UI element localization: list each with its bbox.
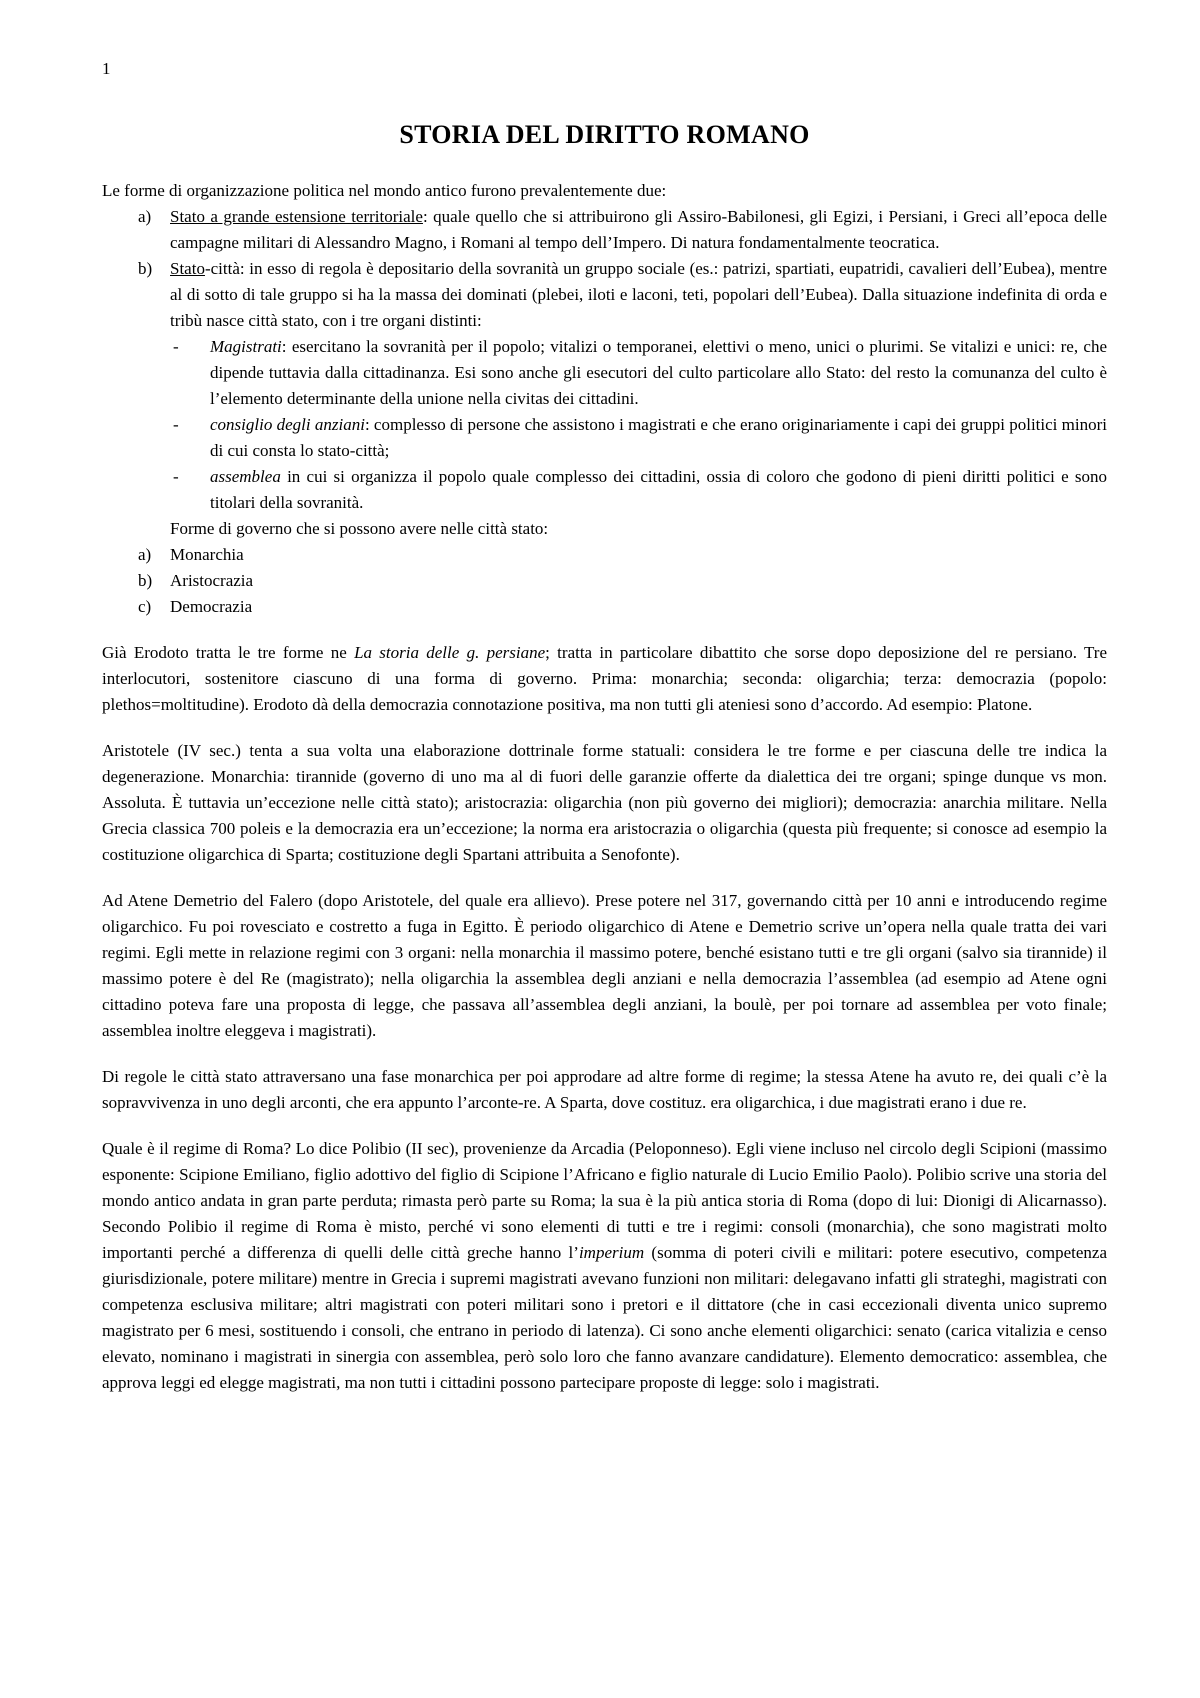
sub-list-item-consiglio: -consiglio degli anziani: complesso di p…: [102, 412, 1107, 464]
list-item-aristocrazia: b)Aristocrazia: [102, 568, 1107, 594]
form-label-aristocrazia: Aristocrazia: [170, 571, 253, 590]
sub-list-item-text: in cui si organizza il popolo quale comp…: [210, 467, 1107, 512]
intro-paragraph: Le forme di organizzazione politica nel …: [102, 178, 1107, 204]
italic-book-title: La storia delle g. persiane: [354, 643, 545, 662]
italic-term-consiglio: consiglio degli anziani: [210, 415, 365, 434]
page-title: STORIA DEL DIRITTO ROMANO: [102, 118, 1107, 152]
list-item-text: -città: in esso di regola è depositario …: [170, 259, 1107, 330]
list-marker-c: c): [138, 594, 151, 620]
dash-marker: -: [173, 464, 179, 490]
dash-marker: -: [173, 334, 179, 360]
form-label-monarchia: Monarchia: [170, 545, 244, 564]
paragraph-demetrio: Ad Atene Demetrio del Falero (dopo Arist…: [102, 888, 1107, 1044]
sub-list-item-assemblea: -assemblea in cui si organizza il popolo…: [102, 464, 1107, 516]
list-item-territorial-state: a)Stato a grande estensione territoriale…: [102, 204, 1107, 256]
list-marker-a: a): [138, 204, 151, 230]
paragraph-text: (somma di poteri civili e militari: pote…: [102, 1243, 1107, 1392]
list-marker-a: a): [138, 542, 151, 568]
italic-term-magistrati: Magistrati: [210, 337, 282, 356]
sub-list-item-text: : esercitano la sovranità per il popolo;…: [210, 337, 1107, 408]
underlined-term-territorial-state: Stato a grande estensione territoriale: [170, 207, 423, 226]
italic-term-assemblea: assemblea: [210, 467, 281, 486]
forms-intro-line: Forme di governo che si possono avere ne…: [102, 516, 1107, 542]
paragraph-erodoto: Già Erodoto tratta le tre forme ne La st…: [102, 640, 1107, 718]
paragraph-text: Già Erodoto tratta le tre forme ne: [102, 643, 354, 662]
underlined-term-city-state: Stato: [170, 259, 205, 278]
list-marker-b: b): [138, 256, 152, 282]
sub-list-item-magistrati: -Magistrati: esercitano la sovranità per…: [102, 334, 1107, 412]
dash-marker: -: [173, 412, 179, 438]
list-item-city-state: b)Stato-città: in esso di regola è depos…: [102, 256, 1107, 334]
italic-term-imperium: imperium: [579, 1243, 644, 1262]
list-item-democrazia: c)Democrazia: [102, 594, 1107, 620]
paragraph-polibio: Quale è il regime di Roma? Lo dice Polib…: [102, 1136, 1107, 1396]
list-item-monarchia: a)Monarchia: [102, 542, 1107, 568]
document-page: 1 STORIA DEL DIRITTO ROMANO Le forme di …: [0, 0, 1200, 1698]
paragraph-aristotele: Aristotele (IV sec.) tenta a sua volta u…: [102, 738, 1107, 868]
page-number: 1: [102, 56, 1107, 82]
list-marker-b: b): [138, 568, 152, 594]
form-label-democrazia: Democrazia: [170, 597, 252, 616]
paragraph-di-regole: Di regole le città stato attraversano un…: [102, 1064, 1107, 1116]
